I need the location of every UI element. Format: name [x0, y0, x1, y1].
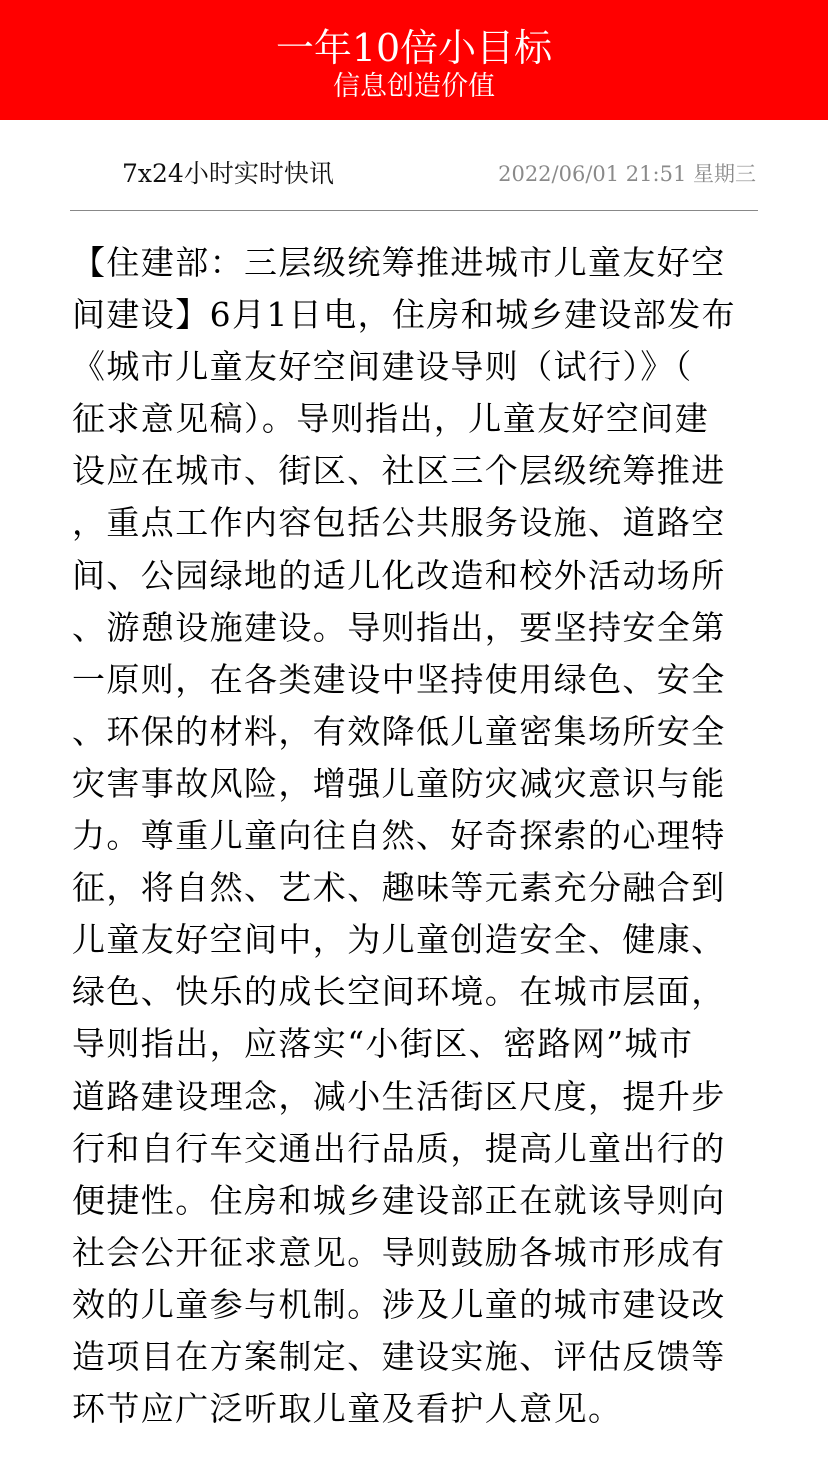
article-line: 力。尊重儿童向往自然、好奇探索的心理特: [72, 810, 756, 862]
article-line: 间、公园绿地的适儿化改造和校外活动场所: [72, 550, 756, 602]
article-line: 效的儿童参与机制。涉及儿童的城市建设改: [72, 1279, 756, 1331]
article-line: ，重点工作内容包括公共服务设施、道路空: [72, 497, 756, 549]
timestamp: 2022/06/01 21:51 星期三: [498, 158, 756, 188]
article-line: 、环保的材料，有效降低儿童密集场所安全: [72, 706, 756, 758]
article-line: 道路建设理念，减小生活街区尺度，提升步: [72, 1071, 756, 1123]
article-line: 间建设】6月1日电，住房和城乡建设部发布: [72, 289, 756, 341]
article-line: 征求意见稿）。导则指出，儿童友好空间建: [72, 393, 756, 445]
article-line: 绿色、快乐的成长空间环境。在城市层面，: [72, 966, 756, 1018]
article-line: 环节应广泛听取儿童及看护人意见。: [72, 1383, 756, 1435]
article-line: 征，将自然、艺术、趣味等元素充分融合到: [72, 862, 756, 914]
article-line: 、游憩设施建设。导则指出，要坚持安全第: [72, 602, 756, 654]
article-line: 设应在城市、街区、社区三个层级统筹推进: [72, 445, 756, 497]
news-meta-bar: 7x24小时实时快讯 2022/06/01 21:51 星期三: [70, 120, 758, 211]
article-line: 社会公开征求意见。导则鼓励各城市形成有: [72, 1227, 756, 1279]
page-subtitle: 信息创造价值: [0, 70, 828, 104]
article-line: 一原则，在各类建设中坚持使用绿色、安全: [72, 654, 756, 706]
page-title: 一年10倍小目标: [0, 0, 828, 68]
feed-label: 7x24小时实时快讯: [122, 154, 334, 190]
article-line: 便捷性。住房和城乡建设部正在就该导则向: [72, 1175, 756, 1227]
article-line: 儿童友好空间中，为儿童创造安全、健康、: [72, 914, 756, 966]
header-banner: 一年10倍小目标 信息创造价值: [0, 0, 828, 120]
article-line: 行和自行车交通出行品质，提高儿童出行的: [72, 1123, 756, 1175]
article-line: 导则指出，应落实“小街区、密路网”城市: [72, 1018, 756, 1070]
article-line: 造项目在方案制定、建设实施、评估反馈等: [72, 1331, 756, 1383]
article-line: 灾害事故风险，增强儿童防灾减灾意识与能: [72, 758, 756, 810]
article-line: 《城市儿童友好空间建设导则（试行）》（: [72, 341, 756, 393]
article-body: 【住建部：三层级统筹推进城市儿童友好空 间建设】6月1日电，住房和城乡建设部发布…: [72, 237, 756, 1435]
article-line: 【住建部：三层级统筹推进城市儿童友好空: [72, 237, 756, 289]
